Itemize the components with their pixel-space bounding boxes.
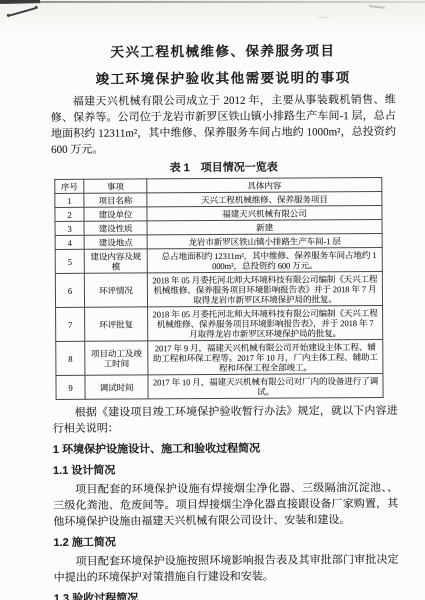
cell-item: 环评情况 <box>84 273 147 307</box>
cell-no: 1 <box>55 193 84 207</box>
intro-paragraph: 福建天兴机械有限公司成立于 2012 年，主要从事装载机销售、维修、保养等。公司… <box>51 92 396 158</box>
cell-no: 6 <box>55 273 84 307</box>
cell-content: 2018 年 05 月委托河北师大环境科技有限公司编制《天兴工程机械维修、保养服… <box>147 271 382 306</box>
cell-item: 环评批复 <box>85 307 148 341</box>
section-1-3-heading: 1.3 验收过程简况 <box>54 590 399 600</box>
table-row: 6 环评情况 2018 年 05 月委托河北师大环境科技有限公司编制《天兴工程机… <box>55 271 382 307</box>
scanned-document-page: 天兴工程机械维修、保养服务项目 竣工环境保护验收其他需要说明的事项 福建天兴机械… <box>0 0 425 600</box>
cell-content: 新建 <box>147 219 382 234</box>
header-cell-content: 具体内容 <box>147 177 382 192</box>
cell-no: 7 <box>56 307 85 341</box>
cell-item: 建设单位 <box>84 207 147 221</box>
table-row: 9 调试时间 2017 年 10 月，福建天兴机械有限公司对厂内的设备进行了调试… <box>56 373 383 399</box>
cell-content: 龙岩市新罗区铁山镇小排路生产车间-1 层 <box>147 233 382 248</box>
header-cell-item: 事项 <box>84 179 147 193</box>
after-table-note: 根据《建设项目竣工环境保护验收暂行办法》规定，就以下内容进行相关说明： <box>53 403 398 437</box>
cell-item: 建设性质 <box>84 221 147 235</box>
section-1-1-heading: 1.1 设计简况 <box>53 462 398 479</box>
cell-no: 2 <box>55 207 84 221</box>
section-1-heading: 1 环境保护设施设计、施工和验收过程简况 <box>53 441 398 458</box>
table-row: 5 建设内容及规模 总占地面积约 12311m²，其中维修、保养服务车间占地约 … <box>55 247 382 273</box>
table-row: 7 环评批复 2018 年 05 月委托河北师大环境科技有限公司编制《天兴工程机… <box>56 305 383 341</box>
project-info-table: 序号 事项 具体内容 1 项目名称 天兴工程机械维修、保养服务项目 2 建设单位… <box>54 177 383 400</box>
cell-no: 4 <box>55 235 84 249</box>
cell-content: 2018 年 05 月委托河北师大环境科技有限公司编制《天兴工程机械维修、保养服… <box>148 305 383 340</box>
cell-item: 建设内容及规模 <box>84 249 147 273</box>
cell-content: 2017 年 10 月，福建天兴机械有限公司对厂内的设备进行了调试。 <box>148 373 383 398</box>
cell-no: 9 <box>56 375 85 399</box>
cell-item: 项目动工及竣工时间 <box>85 341 148 375</box>
table-row: 8 项目动工及竣工时间 2017 年 9 月，福建天兴机械有限公司开始建设主体工… <box>56 339 383 375</box>
scan-top-edge-line <box>36 1 425 3</box>
cell-content: 2017 年 9 月，福建天兴机械有限公司开始建设主体工程、辅助工程和环保工程等… <box>148 339 383 374</box>
page-content: 天兴工程机械维修、保养服务项目 竣工环境保护验收其他需要说明的事项 福建天兴机械… <box>0 0 425 600</box>
cell-no: 5 <box>55 249 84 273</box>
document-title-line2: 竣工环境保护验收其他需要说明的事项 <box>51 70 396 88</box>
section-1-2-body: 项目配套环境保护设施按照环境影响报告表及其审批部门审批决定中提出的环境保护对策措… <box>54 552 399 586</box>
table-caption: 表 1 项目情况一览表 <box>51 160 396 176</box>
header-cell-no: 序号 <box>55 179 84 193</box>
cell-content: 天兴工程机械维修、保养服务项目 <box>147 191 382 206</box>
cell-item: 建设地点 <box>84 235 147 249</box>
cell-item: 调试时间 <box>85 375 148 399</box>
cell-no: 3 <box>55 221 84 235</box>
cell-no: 8 <box>56 341 85 375</box>
cell-content: 总占地面积约 12311m²，其中维修、保养服务车间占地约 1000m²，总投资… <box>147 247 382 272</box>
document-title-line1: 天兴工程机械维修、保养服务项目 <box>50 43 395 61</box>
cell-item: 项目名称 <box>84 193 147 207</box>
section-1-2-heading: 1.2 施工简况 <box>53 534 398 551</box>
section-1-1-body: 项目配套的环境保护设施有焊接烟尘净化器、三级隔油沉淀池、、三级化粪池、危废间等。… <box>53 480 398 530</box>
cell-content: 福建天兴机械有限公司 <box>147 205 382 220</box>
